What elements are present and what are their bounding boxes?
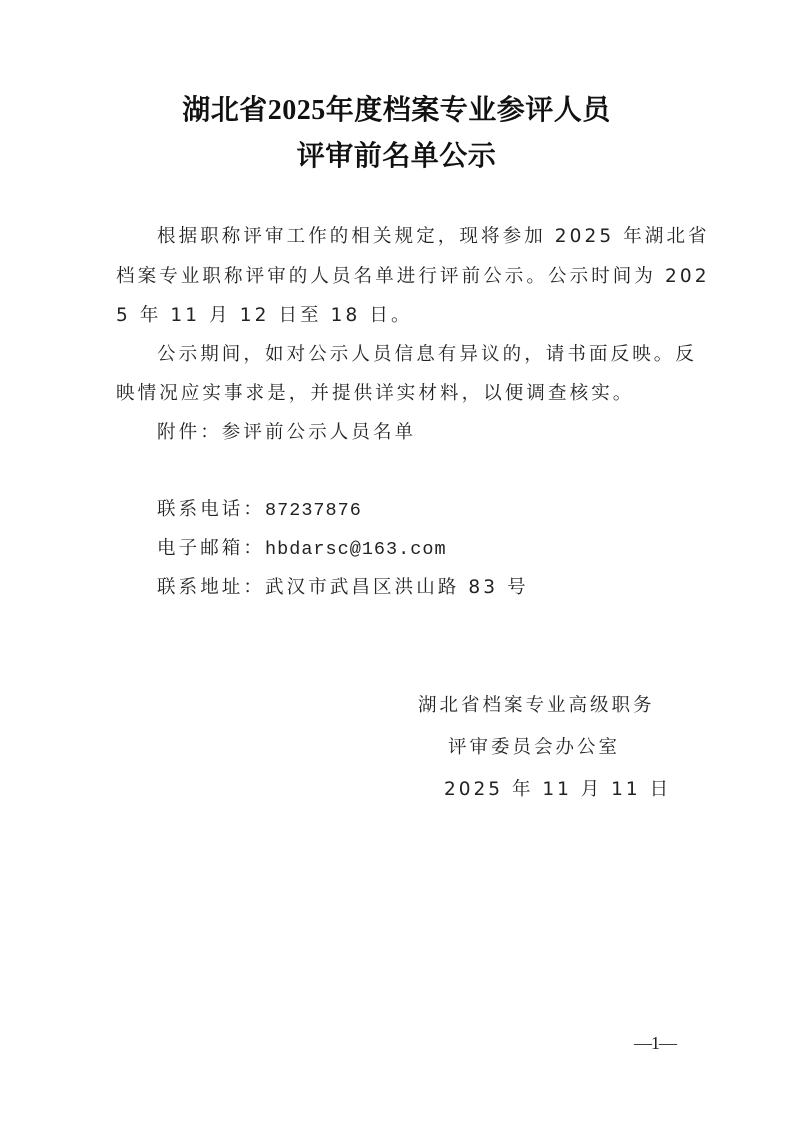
contact-phone: 联系电话：87237876 (157, 495, 727, 521)
contact-address: 联系地址：武汉市武昌区洪山路 83 号 (157, 573, 727, 599)
page-number: —1— (634, 1033, 676, 1054)
email-value: hbdarsc@163.com (265, 539, 447, 560)
paragraph-2-line-2: 映情况应实事求是，并提供详实材料，以便调查核实。 (116, 379, 686, 405)
paragraph-1-line-3: 5 年 11 月 12 日至 18 日。 (116, 301, 686, 327)
document-title-line-2: 评审前名单公示 (0, 134, 793, 174)
phone-label: 联系电话： (157, 499, 265, 520)
contact-email: 电子邮箱：hbdarsc@163.com (157, 534, 727, 560)
signature-org-line-1: 湖北省档案专业高级职务 (418, 691, 655, 717)
signature-org-line-2: 评审委员会办公室 (448, 733, 620, 759)
document-title-line-1: 湖北省2025年度档案专业参评人员 (0, 88, 793, 128)
paragraph-1-line-2: 档案专业职称评审的人员名单进行评前公示。公示时间为 202 (116, 262, 686, 288)
signature-date: 2025 年 11 月 11 日 (444, 775, 671, 801)
paragraph-2-line-1: 公示期间，如对公示人员信息有异议的，请书面反映。反 (157, 340, 686, 366)
phone-value: 87237876 (265, 500, 362, 521)
document-page: 湖北省2025年度档案专业参评人员 评审前名单公示 根据职称评审工作的相关规定，… (0, 0, 793, 1122)
paragraph-1-line-1: 根据职称评审工作的相关规定，现将参加 2025 年湖北省 (157, 222, 686, 248)
email-label: 电子邮箱： (157, 538, 265, 559)
address-label: 联系地址： (157, 577, 265, 598)
attachment-line: 附件：参评前公示人员名单 (157, 418, 727, 444)
address-value: 武汉市武昌区洪山路 83 号 (265, 577, 529, 598)
